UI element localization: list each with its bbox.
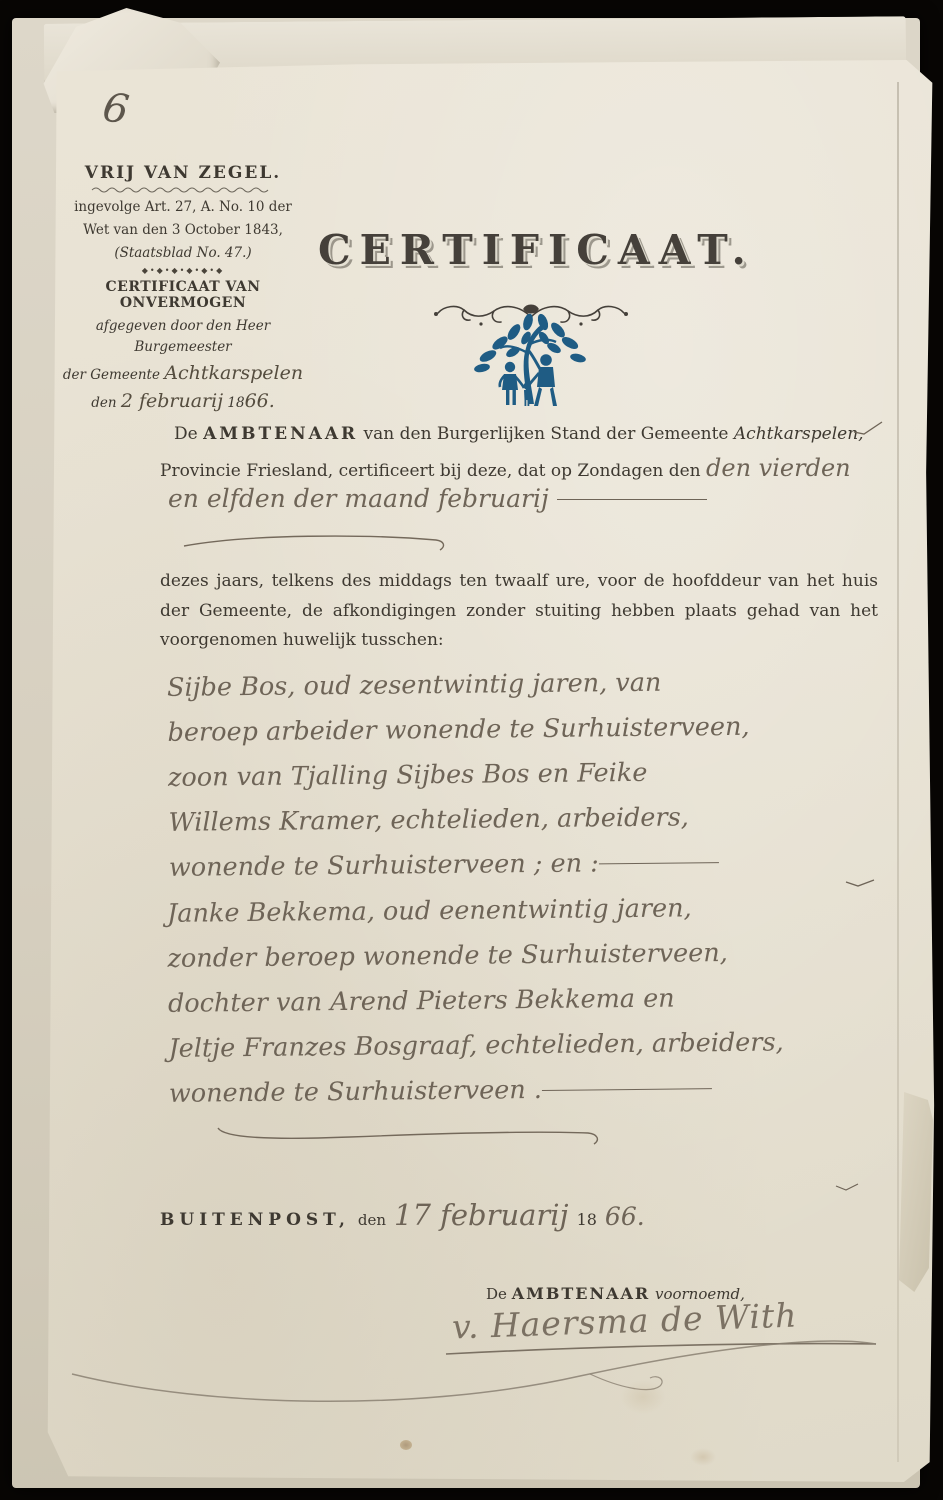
official-label: AMBTENAAR [203,424,358,444]
bride-details-hand: Janke Bekkema, oud eenentwintig jaren, z… [167,884,909,1117]
hand-dash [557,499,707,500]
place-den: den [358,1211,386,1229]
stain-spot [690,1448,716,1466]
handwritten-line: Janke Bekkema, oud eenentwintig jaren, [167,884,907,937]
footer-century: 18 [577,1210,597,1229]
ink-mark [850,418,886,438]
stain-spot [400,1440,412,1450]
banns-date-hand-2: en elfden der maand februarij [168,484,549,513]
stamp-title: VRIJ VAN ZEGEL. [52,163,314,183]
law-reference-line3: (Staatsblad No. 47.) [52,244,314,263]
handwritten-line: zoon van Tjalling Sijbes Bos en Feike [168,748,908,801]
ink-mark [832,1178,862,1196]
issued-municipality-line: der Gemeente Achtkarspelen [52,363,314,386]
family-tree-watermark-icon [466,310,594,412]
intro-line2: Provincie Friesland, certificeert bij de… [160,454,876,482]
handwritten-line: beroep arbeider wonende te Surhuistervee… [167,703,907,756]
issue-date-line: den 2 februarij 1866. [52,391,314,414]
official-prefix: De [486,1285,507,1303]
handwritten-line: Jeltje Franzes Bosgraaf, echtelieden, ar… [168,1019,908,1072]
torn-edge-flap [899,1092,933,1292]
municipality-name: Achtkarspelen, [734,424,864,444]
handwritten-line: Willems Kramer, echtelieden, arbeiders, [168,793,908,846]
issued-by-printed: der Gemeente [63,367,160,383]
closing-flourish [210,1118,620,1148]
ornament-divider: ◆•◆•◆•◆•◆•◆ [52,266,314,275]
banns-date-hand-1: den vierden [706,454,851,482]
issue-date-century: 18 [227,395,244,411]
intro-line1: De AMBTENAAR van den Burgerlijken Stand … [160,424,876,444]
body-paragraph: dezes jaars, telkens des middags ten twa… [160,567,878,656]
handwritten-line: wonende te Surhuisterveen ; en : [169,838,909,891]
intro-de: De [174,424,198,444]
ink-mark [842,872,878,892]
intro-line2-printed: Provincie Friesland, certificeert bij de… [160,461,701,481]
stain-spot [620,1380,666,1414]
place-date-line: BUITENPOST, den 17 februarij 1866. [160,1198,645,1232]
footer-year-hand: 66. [605,1202,645,1231]
groom-details-hand: Sijbe Bos, oud zesentwintig jaren, van b… [167,658,909,891]
place-name: BUITENPOST, [160,1210,350,1230]
scanned-certificate-page: { "colors":{ "background":"#080604", "pa… [0,0,943,1500]
official-word: AMBTENAAR [512,1284,651,1303]
certificate-title: CERTIFICAAT. [318,226,748,274]
wavy-divider [88,185,278,194]
issue-date-hand: 2 februarij [121,390,223,412]
handwritten-line: Sijbe Bos, oud zesentwintig jaren, van [167,658,907,711]
handwritten-line: zonder beroep wonende te Surhuisterveen, [167,929,907,982]
issue-date-prefix: den [91,395,116,411]
footer-date-hand: 17 februarij [394,1198,569,1232]
handwritten-line: dochter van Arend Pieters Bekkema en [168,974,908,1027]
intro-line3: en elfden der maand februarij [168,484,868,513]
underline-flourish [178,530,458,554]
municipality-hand: Achtkarspelen [164,362,303,384]
intro-rest: van den Burgerlijken Stand der Gemeente [364,424,729,444]
issue-date-year-hand: 66. [245,390,275,412]
issued-by-line: afgegeven door den Heer Burgemeester [52,316,314,358]
handwritten-line: wonende te Surhuisterveen . [169,1064,909,1117]
certificate-type-label: CERTIFICAAT VAN ONVERMOGEN [52,279,314,311]
signature-flourish [60,1330,890,1420]
law-reference-line2: Wet van den 3 October 1843, [52,221,314,240]
